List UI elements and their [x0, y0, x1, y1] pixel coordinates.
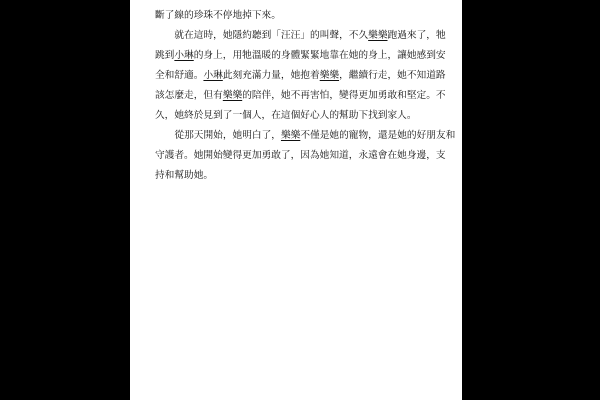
underlined-name-text: 小琳 — [174, 50, 193, 61]
text-line: 守護者。她開始變得更加勇敢了，因為她知道，永遠會在她身邊，支 — [155, 146, 447, 166]
underlined-name-text: 樂樂 — [223, 90, 242, 101]
text-segment: 全和舒適。 — [155, 70, 203, 81]
text-line: 跳到小琳的身上，用牠溫暖的身體緊緊地靠在她的身上，讓她感到安 — [155, 46, 447, 66]
underlined-name-text: 樂樂 — [281, 130, 300, 141]
text-segment: 跑過來了，牠 — [388, 30, 446, 41]
document-text: 斷了線的珍珠不停地掉下來。就在這時，她隱約聽到「汪汪」的叫聲，不久樂樂跑過來了，… — [155, 6, 447, 186]
text-segment: 從那天開始，她明白了， — [174, 130, 281, 141]
text-segment: ，繼續行走，她不知道路 — [339, 70, 446, 81]
text-line: 該怎麼走，但有樂樂的陪伴，她不再害怕，變得更加勇敢和堅定。不 — [155, 86, 447, 106]
text-line: 久，她終於見到了一個人，在這個好心人的幫助下找到家人。 — [155, 106, 447, 126]
text-segment: 不僅是她的寵物，還是她的好朋友和 — [300, 130, 455, 141]
text-segment: 守護者。她開始變得更加勇敢了，因為她知道，永遠會在她身邊，支 — [155, 150, 446, 161]
screenshot-root: 斷了線的珍珠不停地掉下來。就在這時，她隱約聽到「汪汪」的叫聲，不久樂樂跑過來了，… — [0, 0, 600, 400]
text-segment: 就在這時，她隱約聽到「汪汪」的叫聲，不久 — [174, 30, 368, 41]
document-page: 斷了線的珍珠不停地掉下來。就在這時，她隱約聽到「汪汪」的叫聲，不久樂樂跑過來了，… — [130, 0, 462, 400]
text-line: 斷了線的珍珠不停地掉下來。 — [155, 6, 447, 26]
text-segment: 跳到 — [155, 50, 174, 61]
underlined-name-text: 小琳 — [203, 70, 222, 81]
text-segment: 的身上，用牠溫暖的身體緊緊地靠在她的身上，讓她感到安 — [194, 50, 446, 61]
text-line: 持和幫助她。 — [155, 166, 447, 186]
underlined-name-text: 樂樂 — [320, 70, 339, 81]
text-segment: 久，她終於見到了一個人，在這個好心人的幫助下找到家人。 — [155, 110, 417, 121]
underlined-name-text: 樂樂 — [368, 30, 387, 41]
text-line: 全和舒適。小琳此刻充滿力量，她抱着樂樂，繼續行走，她不知道路 — [155, 66, 447, 86]
text-line: 從那天開始，她明白了，樂樂不僅是她的寵物，還是她的好朋友和 — [155, 126, 447, 146]
text-line: 就在這時，她隱約聽到「汪汪」的叫聲，不久樂樂跑過來了，牠 — [155, 26, 447, 46]
text-segment: 該怎麼走，但有 — [155, 90, 223, 101]
text-segment: 斷了線的珍珠不停地掉下來。 — [155, 10, 281, 21]
text-segment: 的陪伴，她不再害怕，變得更加勇敢和堅定。不 — [242, 90, 445, 101]
text-segment: 持和幫助她。 — [155, 170, 213, 181]
text-segment: 此刻充滿力量，她抱着 — [223, 70, 320, 81]
